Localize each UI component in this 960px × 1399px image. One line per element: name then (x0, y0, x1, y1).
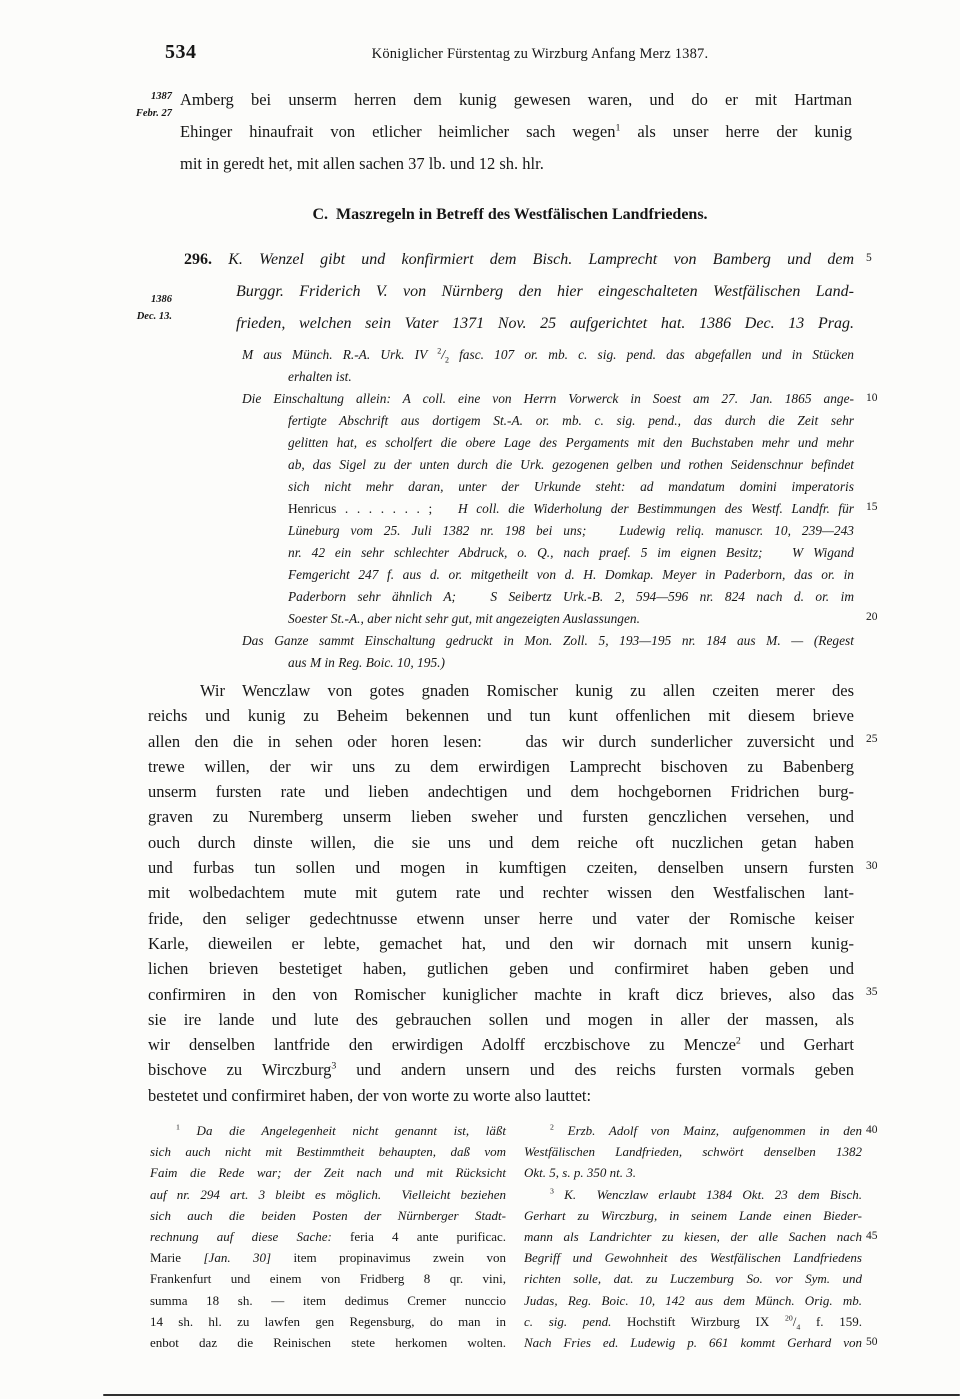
text-segment: Henricus . . . . . . . ; (288, 501, 449, 516)
text-line: Henricus . . . . . . . ; H coll. die Wid… (242, 498, 854, 520)
text-line: enbot daz die Reinischen stete herkomen … (150, 1332, 506, 1353)
line-number-5: 5 (866, 252, 894, 264)
text-segment: K. Wenzel gibt und konfirmiert dem Bisch… (212, 251, 854, 268)
text-segment: nr. 42 ein sehr schlechter Abdruck, o. Q… (288, 545, 854, 560)
margin-note-date-1387: 1387Febr. 27 (82, 88, 172, 122)
text-line: Judas, Reg. Boic. 10, 142 aus dem Münch.… (524, 1290, 862, 1311)
text-segment: unserm fursten rate und lieben andechtig… (148, 782, 854, 801)
text-segment: und furbas tun sollen und mogen in kumft… (148, 858, 854, 877)
section-heading: C. Maszregeln in Betreff des Westfälisch… (160, 206, 860, 224)
text-segment: M aus Münch. R.-A. Urk. IV (242, 347, 437, 362)
text-line: Ehinger hinaufrait von etlicher heimlich… (180, 116, 852, 148)
text-line: allen den die in sehen oder horen lesen:… (148, 729, 854, 754)
text-segment: 1386 (151, 294, 172, 305)
text-segment: fasc. 107 or. mb. c. sig. pend. das abge… (449, 347, 854, 362)
text-segment: 1387 (151, 91, 172, 102)
scan-edge-artifact (103, 1394, 960, 1396)
text-line: 3 K. Wenczlaw erlaubt 1384 Okt. 23 dem B… (524, 1184, 862, 1205)
text-segment: item propinavimus zwein von (271, 1250, 506, 1265)
text-segment: als unser herre der kunig (620, 122, 852, 141)
text-line: Paderborn sehr ähnlich A; S Seibertz Urk… (242, 586, 854, 608)
text-line: mit in geredt het, mit allen sachen 37 l… (180, 148, 852, 180)
text-segment: ouch durch dinste willen, die sie uns un… (148, 833, 854, 852)
text-segment: Febr. 27 (136, 108, 172, 119)
text-segment: Westfälischen Landfrieden, schwört dense… (524, 1144, 862, 1159)
text-line: Frankenfurt und einem von Fridberg 8 qr.… (150, 1268, 506, 1289)
text-line: 1387 (82, 88, 172, 105)
text-segment: ab, das Sigel zu der unten durch die Urk… (288, 457, 854, 472)
line-number-30: 30 (866, 860, 894, 872)
text-segment: richten solle, dat. zu Luczemburg So. vo… (524, 1271, 862, 1286)
text-segment: sie ire lande und lute des gebrauchen so… (148, 1010, 854, 1029)
text-segment: Nach Fries ed. Ludewig p. 661 kommt Gerh… (524, 1335, 862, 1350)
text-line: Die Einschaltung allein: A coll. eine vo… (242, 388, 854, 410)
text-line: unserm fursten rate und lieben andechtig… (148, 779, 854, 804)
text-line: summa 18 sh. — item dedimus Cremer nuncc… (150, 1290, 506, 1311)
text-line: Femgericht 247 f. aus d. or. mitgetheilt… (242, 564, 854, 586)
text-line: lichen brieven bestetiget haben, gutlich… (148, 956, 854, 981)
text-segment: fertigte Abschrift aus dortigem St.-A. o… (288, 413, 854, 428)
text-line: M aus Münch. R.-A. Urk. IV 2/2 fasc. 107… (242, 344, 854, 366)
text-segment: Dec. 13. (137, 311, 172, 322)
text-segment: 14 sh. hl. zu lawfen gen Regensburg, do … (150, 1314, 506, 1329)
text-segment: Ehinger hinaufrait von etlicher heimlich… (180, 122, 615, 141)
text-line: trewe willen, der wir uns zu dem erwirdi… (148, 754, 854, 779)
text-segment: enbot daz die Reinischen stete herkomen … (150, 1335, 506, 1350)
text-segment: K. Wenczlaw erlaubt 1384 Okt. 23 dem Bis… (554, 1187, 862, 1202)
apparatus-notes: M aus Münch. R.-A. Urk. IV 2/2 fasc. 107… (242, 344, 854, 674)
text-line: aus M in Reg. Boic. 10, 195.) (242, 652, 854, 674)
text-segment: Wir Wenczlaw von gotes gnaden Romischer … (200, 681, 854, 700)
text-line: 2 Erzb. Adolf von Mainz, aufgenommen in … (524, 1120, 862, 1141)
text-line: rechnung auf diese Sache: feria 4 ante p… (150, 1226, 506, 1247)
text-segment: mit in geredt het, mit allen sachen 37 l… (180, 154, 544, 173)
line-number-15: 15 (866, 501, 894, 513)
text-segment: [Jan. 30] (204, 1250, 272, 1265)
text-segment: reichs und kunig zu Beheim bekennen und … (148, 706, 854, 725)
text-line: mit wolbedachtem mute mit gutem rate und… (148, 880, 854, 905)
text-segment: und andern unsern und des reichs fursten… (336, 1060, 854, 1079)
text-segment: rechnung auf diese Sache: (150, 1229, 350, 1244)
text-line: 1 Da die Angelegenheit nicht genannt ist… (150, 1120, 506, 1141)
text-line: graven zu Nuremberg unserm lieben sweher… (148, 804, 854, 829)
text-segment: bestetet und confirmiret haben, der von … (148, 1086, 591, 1105)
text-segment: sich auch die beiden Posten der Nürnberg… (150, 1208, 506, 1223)
text-segment: trewe willen, der wir uns zu dem erwirdi… (148, 757, 854, 776)
text-segment: Paderborn sehr ähnlich A; S Seibertz Urk… (288, 589, 854, 604)
text-segment: Amberg bei unserm herren dem kunig gewes… (180, 90, 852, 109)
text-line: reichs und kunig zu Beheim bekennen und … (148, 703, 854, 728)
regest-summary: 296. K. Wenzel gibt und konfirmiert dem … (184, 244, 854, 340)
text-line: ouch durch dinste willen, die sie uns un… (148, 830, 854, 855)
text-line: Dec. 13. (82, 308, 172, 325)
text-segment: bischove zu Wirczburg (148, 1060, 331, 1079)
text-line: Burggr. Friderich V. von Nürnberg den hi… (184, 276, 854, 308)
text-segment: Faim die Rede war; der Zeit nach und mit… (150, 1165, 506, 1180)
text-segment: frieden, welchen sein Vater 1371 Nov. 25… (236, 315, 854, 332)
text-line: und furbas tun sollen und mogen in kumft… (148, 855, 854, 880)
text-line: Febr. 27 (82, 105, 172, 122)
text-line: c. sig. pend. Hochstift Wirzburg IX 20/4… (524, 1311, 862, 1332)
text-line: Amberg bei unserm herren dem kunig gewes… (180, 84, 852, 116)
text-line: confirmiren in den von Romischer kunigli… (148, 982, 854, 1007)
text-segment: Da die Angelegenheit nicht genannt ist, … (180, 1123, 506, 1138)
running-header: Königlicher Fürstentag zu Wirzburg Anfan… (160, 46, 920, 63)
text-segment: Judas, Reg. Boic. 10, 142 aus dem Münch.… (524, 1293, 862, 1308)
text-segment: Marie (150, 1250, 204, 1265)
text-segment: sich auch nicht mit Bestimmtheit behaupt… (150, 1144, 506, 1159)
text-line: sich nicht mehr daran, unter der Urkunde… (242, 476, 854, 498)
text-line: ab, das Sigel zu der unten durch die Urk… (242, 454, 854, 476)
text-segment: fride, den seliger gedechtnusse etwenn u… (148, 909, 854, 928)
text-segment: 296. (184, 251, 212, 268)
text-segment: mit wolbedachtem mute mit gutem rate und… (148, 883, 854, 902)
margin-note-date-1386: 1386Dec. 13. (82, 291, 172, 325)
text-line: sich auch nicht mit Bestimmtheit behaupt… (150, 1141, 506, 1162)
text-line: 14 sh. hl. zu lawfen gen Regensburg, do … (150, 1311, 506, 1332)
text-segment: Hochstift Wirzburg IX (627, 1314, 785, 1329)
text-line: richten solle, dat. zu Luczemburg So. vo… (524, 1268, 862, 1289)
text-line: bischove zu Wirczburg3 und andern unsern… (148, 1057, 854, 1082)
text-line: fertigte Abschrift aus dortigem St.-A. o… (242, 410, 854, 432)
text-line: Wir Wenczlaw von gotes gnaden Romischer … (148, 678, 854, 703)
text-segment: mann als Landrichter zu kiesen, der alle… (524, 1229, 862, 1244)
text-segment: Begriff und Gewohnheit des Westfälischen… (524, 1250, 862, 1265)
text-segment: erhalten ist. (288, 369, 352, 384)
text-line: Westfälischen Landfrieden, schwört dense… (524, 1141, 862, 1162)
footnote-column-right: 2 Erzb. Adolf von Mainz, aufgenommen in … (524, 1120, 862, 1353)
text-line: 296. K. Wenzel gibt und konfirmiert dem … (184, 244, 854, 276)
text-segment: sich nicht mehr daran, unter der Urkunde… (288, 479, 854, 494)
text-segment: Femgericht 247 f. aus d. or. mitgetheilt… (288, 567, 854, 582)
text-line: Marie [Jan. 30] item propinavimus zwein … (150, 1247, 506, 1268)
document-body-text: Wir Wenczlaw von gotes gnaden Romischer … (148, 678, 854, 1108)
text-line: auf nr. 294 art. 3 bleibt es möglich. Vi… (150, 1184, 506, 1205)
text-line: 1386 (82, 291, 172, 308)
line-number-35: 35 (866, 986, 894, 998)
line-number-50: 50 (866, 1336, 894, 1348)
text-segment: Das Ganze sammt Einschaltung gedruckt in… (242, 633, 854, 648)
text-segment: Die Einschaltung allein: A coll. eine vo… (242, 391, 854, 406)
text-segment: Gerhart zu Wirczburg, in seinem Lande ei… (524, 1208, 862, 1223)
text-segment: feria 4 ante purificac. (350, 1229, 506, 1244)
text-line: Faim die Rede war; der Zeit nach und mit… (150, 1162, 506, 1183)
text-line: Okt. 5, s. p. 350 nt. 3. (524, 1162, 862, 1183)
text-segment: wir denselben lantfride den erwirdigen A… (148, 1035, 736, 1054)
line-number-20: 20 (866, 611, 894, 623)
text-line: Lüneburg vom 25. Juli 1382 nr. 198 bei u… (242, 520, 854, 542)
text-line: Nach Fries ed. Ludewig p. 661 kommt Gerh… (524, 1332, 862, 1353)
text-segment: lichen brieven bestetiget haben, gutlich… (148, 959, 854, 978)
text-segment: auf nr. 294 art. 3 bleibt es möglich. Vi… (150, 1187, 506, 1202)
text-line: sich auch die beiden Posten der Nürnberg… (150, 1205, 506, 1226)
text-line: Gerhart zu Wirczburg, in seinem Lande ei… (524, 1205, 862, 1226)
text-line: frieden, welchen sein Vater 1371 Nov. 25… (184, 308, 854, 340)
text-line: Begriff und Gewohnheit des Westfälischen… (524, 1247, 862, 1268)
text-line: Das Ganze sammt Einschaltung gedruckt in… (242, 630, 854, 652)
line-number-10: 10 (866, 392, 894, 404)
text-segment: summa 18 sh. — item dedimus Cremer nuncc… (150, 1293, 506, 1308)
text-line: erhalten ist. (242, 366, 854, 388)
text-segment: Soester St.-A., aber nicht sehr gut, mit… (288, 611, 640, 626)
footnote-column-left: 1 Da die Angelegenheit nicht genannt ist… (150, 1120, 506, 1353)
text-line: nr. 42 ein sehr schlechter Abdruck, o. Q… (242, 542, 854, 564)
text-segment: Lüneburg vom 25. Juli 1382 nr. 198 bei u… (288, 523, 854, 538)
text-line: wir denselben lantfride den erwirdigen A… (148, 1032, 854, 1057)
text-line: Soester St.-A., aber nicht sehr gut, mit… (242, 608, 854, 630)
text-segment: Frankenfurt und einem von Fridberg 8 qr.… (150, 1271, 506, 1286)
text-segment: Okt. 5, s. p. 350 nt. 3. (524, 1165, 636, 1180)
text-segment: H coll. die Widerholung der Bestimmungen… (449, 501, 854, 516)
text-line: bestetet und confirmiret haben, der von … (148, 1083, 854, 1108)
text-line: fride, den seliger gedechtnusse etwenn u… (148, 906, 854, 931)
text-segment: Erzb. Adolf von Mainz, aufgenommen in de… (554, 1123, 862, 1138)
text-segment: c. sig. pend. (524, 1314, 627, 1329)
text-segment: gelitten hat, es scholfert die obere Lag… (288, 435, 854, 450)
text-line: mann als Landrichter zu kiesen, der alle… (524, 1226, 862, 1247)
book-page: 534 Königlicher Fürstentag zu Wirzburg A… (0, 0, 960, 1399)
text-segment: aus M in Reg. Boic. 10, 195.) (288, 655, 445, 670)
text-segment: Burggr. Friderich V. von Nürnberg den hi… (236, 283, 854, 300)
text-line: gelitten hat, es scholfert die obere Lag… (242, 432, 854, 454)
text-segment: f. 159. (800, 1314, 862, 1329)
text-segment: Karle, dieweilen er lebte, gemachet hat,… (148, 934, 854, 953)
text-segment: 20 (785, 1314, 793, 1323)
text-line: sie ire lande und lute des gebrauchen so… (148, 1007, 854, 1032)
intro-paragraph: Amberg bei unserm herren dem kunig gewes… (180, 84, 852, 180)
line-number-40: 40 (866, 1124, 894, 1136)
line-number-45: 45 (866, 1230, 894, 1242)
text-segment: und Gerhart (741, 1035, 854, 1054)
text-segment: graven zu Nuremberg unserm lieben sweher… (148, 807, 854, 826)
text-line: Karle, dieweilen er lebte, gemachet hat,… (148, 931, 854, 956)
text-segment: confirmiren in den von Romischer kunigli… (148, 985, 854, 1004)
line-number-25: 25 (866, 733, 894, 745)
text-segment: allen den die in sehen oder horen lesen:… (148, 732, 854, 751)
